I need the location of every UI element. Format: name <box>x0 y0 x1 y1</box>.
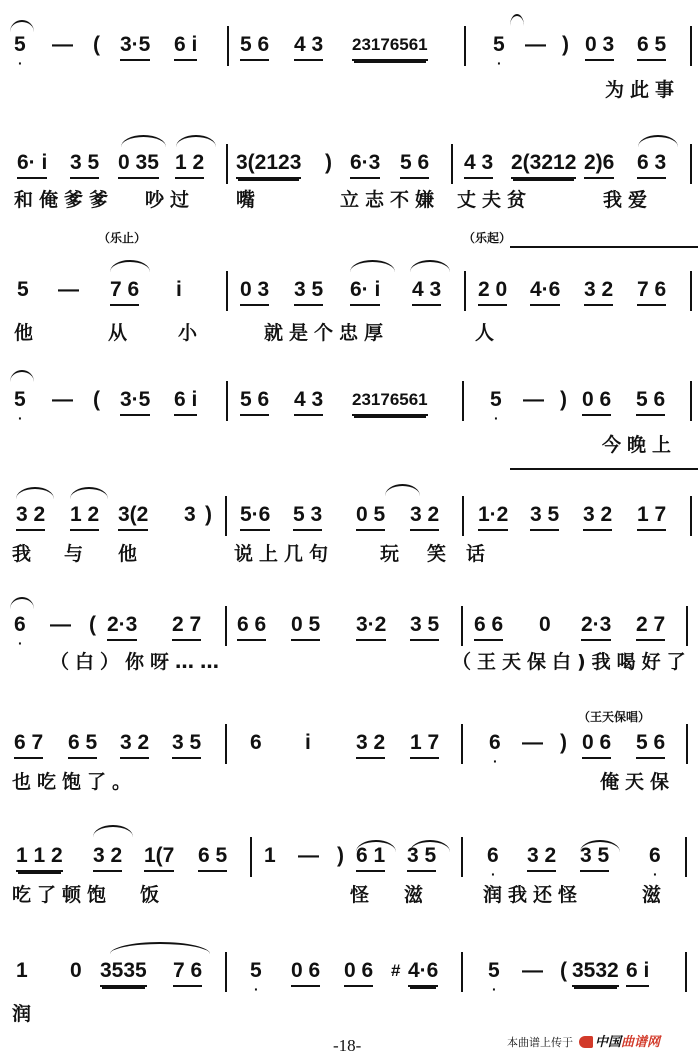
barline <box>225 496 227 536</box>
lyric-text: 玩 <box>380 542 405 566</box>
dash-sustain: — <box>52 32 73 58</box>
barline <box>686 724 688 764</box>
note-group: 3(2 <box>118 502 148 531</box>
watermark: 本曲谱上传于中国曲谱网 <box>507 1031 660 1050</box>
note-group: 4·6 <box>408 958 438 987</box>
note-group: 0 6 <box>582 730 611 759</box>
low-octave-dot-icon: · <box>492 976 497 1002</box>
note-group: 3 2 <box>93 843 122 872</box>
note-group: 1 2 <box>175 150 204 179</box>
parenthesis: ) <box>325 150 332 176</box>
lyric-text: 今晚上 <box>602 433 677 457</box>
note-group: 1(7 <box>144 843 174 872</box>
note-group: 3 2 <box>584 277 613 306</box>
barline <box>461 837 463 877</box>
performance-annotation: （王天保唱） <box>578 710 650 724</box>
note-group: 0 5 <box>356 502 385 531</box>
dash-sustain: — <box>525 32 546 58</box>
note-group: 0 6 <box>582 387 611 416</box>
note-group: 1 2 <box>70 502 99 531</box>
lyric-text: 他 <box>14 321 39 345</box>
barline <box>226 271 228 311</box>
lyric-text: 说上几句 <box>234 542 334 566</box>
lyric-text: 和俺爹爹 <box>14 188 114 212</box>
barline <box>250 837 252 877</box>
note-group: 3·2 <box>356 612 386 641</box>
slur-arc <box>510 14 524 26</box>
slur-arc <box>93 825 133 837</box>
watermark-prefix: 本曲谱上传于 <box>507 1036 573 1049</box>
low-octave-dot-icon: · <box>497 50 502 76</box>
lyric-text: 俺天保 <box>600 770 675 794</box>
note-group: 4 3 <box>412 277 441 306</box>
lyric-text: 吃了顿饱 <box>12 883 112 907</box>
slur-arc <box>176 135 216 147</box>
dash-sustain: — <box>522 958 543 984</box>
note-group: 3 5 <box>530 502 559 531</box>
note-group: 3·5 <box>120 387 150 416</box>
note-group: 0 <box>539 612 551 638</box>
performance-annotation: （乐止） <box>98 231 146 245</box>
slur-arc <box>356 840 396 852</box>
slur-arc <box>410 840 450 852</box>
barline <box>461 724 463 764</box>
note-group: 0 3 <box>585 32 614 61</box>
extended-slur-line <box>510 468 698 470</box>
note-group: 7 6 <box>173 958 202 987</box>
barline <box>462 496 464 536</box>
note-group: 3 2 <box>583 502 612 531</box>
lyric-text: 滋 <box>404 883 429 907</box>
note-group: 0 35 <box>118 150 159 179</box>
note-group: 0 3 <box>240 277 269 306</box>
slur-arc <box>410 260 450 272</box>
note-group: 6·3 <box>350 150 380 179</box>
note-group: i <box>176 277 182 303</box>
lyric-text: 吵过 <box>145 188 195 212</box>
slur-arc <box>16 487 54 499</box>
note-group: 6 5 <box>68 730 97 759</box>
note-group: 3(2123 <box>236 150 301 179</box>
parenthesis: ) <box>560 387 567 413</box>
note-group: 0 5 <box>291 612 320 641</box>
note-group: 3 2 <box>410 502 439 531</box>
note-group: 5 6 <box>636 730 665 759</box>
note-group: 1·2 <box>478 502 508 531</box>
dash-sustain: — <box>298 843 319 869</box>
parenthesis: ( <box>560 958 567 984</box>
note-group: 6 7 <box>14 730 43 759</box>
low-octave-dot-icon: · <box>18 405 23 431</box>
note-group: 5 6 <box>240 387 269 416</box>
note-group: 0 6 <box>344 958 373 987</box>
performance-annotation: （乐起） <box>463 231 511 245</box>
note-group: 0 <box>70 958 82 984</box>
lyric-text: 我 <box>12 542 37 566</box>
lyric-text: 小 <box>178 321 203 345</box>
slur-arc <box>350 260 395 272</box>
barline <box>461 952 463 992</box>
note-group: 3·5 <box>120 32 150 61</box>
note-group: 1 <box>16 958 28 984</box>
note-group: 2·3 <box>107 612 137 641</box>
note-group: 5·6 <box>240 502 270 531</box>
note-group: 6 i <box>174 387 197 416</box>
note-group: 5 6 <box>240 32 269 61</box>
parenthesis: ) <box>560 730 567 756</box>
note-group: 4·6 <box>530 277 560 306</box>
low-octave-dot-icon: · <box>493 748 498 774</box>
lyric-text: 笑 <box>427 542 452 566</box>
note-group: 5 3 <box>293 502 322 531</box>
lyric-text: 也吃饱了。 <box>12 770 137 794</box>
barline <box>227 26 229 66</box>
dash-sustain: — <box>50 612 71 638</box>
low-octave-dot-icon: · <box>254 976 259 1002</box>
note-group: 3 5 <box>294 277 323 306</box>
note-group: 2)6 <box>584 150 614 179</box>
note-group: 5 <box>17 277 29 303</box>
sharp-icon: # <box>391 958 400 984</box>
lyric-text: 与 <box>64 542 89 566</box>
barline <box>686 606 688 646</box>
slur-arc <box>580 840 620 852</box>
note-group: 1 1 2 <box>16 843 63 872</box>
note-group: 0 6 <box>291 958 320 987</box>
note-group: 4 3 <box>294 387 323 416</box>
lyric-text: 人 <box>475 321 500 345</box>
barline <box>690 144 692 184</box>
note-group: 3 2 <box>16 502 45 531</box>
lyric-text: 丈夫贫 <box>457 188 532 212</box>
note-group: 3 2 <box>527 843 556 872</box>
barline <box>685 837 687 877</box>
lyric-text: 立志不嫌 <box>340 188 440 212</box>
page-number: -18- <box>333 1036 361 1055</box>
note-group: 23176561 <box>352 387 428 416</box>
slur-arc <box>10 370 34 382</box>
slur-arc <box>385 484 420 496</box>
note-group: 2 0 <box>478 277 507 306</box>
slur-arc <box>638 135 678 147</box>
lyric-text: 嘴 <box>236 188 261 212</box>
barline <box>462 381 464 421</box>
barline <box>464 271 466 311</box>
note-group: 6 6 <box>474 612 503 641</box>
lyric-text: 我爱 <box>603 188 653 212</box>
barline <box>690 26 692 66</box>
note-group: 7 6 <box>110 277 139 306</box>
note-group: 1 7 <box>410 730 439 759</box>
lyric-text: 润 <box>12 1002 37 1026</box>
barline <box>461 606 463 646</box>
lyric-text: 话 <box>466 542 491 566</box>
note-group: 2·3 <box>581 612 611 641</box>
dash-sustain: — <box>522 730 543 756</box>
note-group: 3 5 <box>410 612 439 641</box>
barline <box>690 271 692 311</box>
dash-sustain: — <box>52 387 73 413</box>
note-group: 6· i <box>350 277 380 306</box>
dash-sustain: — <box>58 277 79 303</box>
slur-arc <box>110 260 150 272</box>
barline <box>225 724 227 764</box>
site-logo-icon <box>579 1036 593 1048</box>
note-group: 6 5 <box>198 843 227 872</box>
note-group: 3535 <box>100 958 147 987</box>
note-group: 3 2 <box>356 730 385 759</box>
lyric-text: 他 <box>118 542 143 566</box>
parenthesis: ( <box>89 612 96 638</box>
note-group: 2 7 <box>636 612 665 641</box>
lyric-text: 就是个忠厚 <box>264 321 389 345</box>
barline <box>690 496 692 536</box>
note-group: 3532 <box>572 958 619 987</box>
parenthesis: ( <box>93 387 100 413</box>
note-group: 5 6 <box>636 387 665 416</box>
note-group: 4 3 <box>294 32 323 61</box>
note-group: 23176561 <box>352 32 428 61</box>
note-group: i <box>305 730 311 756</box>
note-group: 2(3212 <box>511 150 576 179</box>
note-group: 6 3 <box>637 150 666 179</box>
barline <box>225 952 227 992</box>
lyric-text: 怪 <box>350 883 375 907</box>
note-group: 6 i <box>626 958 649 987</box>
lyric-text: 为此事 <box>605 78 680 102</box>
watermark-brand: 中国曲谱网 <box>595 1035 660 1050</box>
note-group: 3 5 <box>70 150 99 179</box>
parenthesis: ) <box>562 32 569 58</box>
lyric-text: 润我还怪 <box>483 883 583 907</box>
barline <box>226 144 228 184</box>
slur-arc <box>10 20 34 32</box>
note-group: 3 <box>184 502 196 528</box>
barline <box>226 381 228 421</box>
barline <box>685 952 687 992</box>
note-group: 6· i <box>17 150 47 179</box>
lyric-text: 饭 <box>140 883 165 907</box>
parenthesis: ) <box>337 843 344 869</box>
note-group: 6 6 <box>237 612 266 641</box>
slur-arc <box>110 942 210 954</box>
slur-arc <box>70 487 108 499</box>
note-group: 3 5 <box>172 730 201 759</box>
dash-sustain: — <box>523 387 544 413</box>
low-octave-dot-icon: · <box>18 630 23 656</box>
barline <box>225 606 227 646</box>
barline <box>464 26 466 66</box>
slur-arc <box>10 597 34 609</box>
note-group: 3 2 <box>120 730 149 759</box>
parenthesis: ( <box>93 32 100 58</box>
low-octave-dot-icon: · <box>18 50 23 76</box>
note-group: 7 6 <box>637 277 666 306</box>
barline <box>451 144 453 184</box>
lyric-text: 从 <box>108 321 133 345</box>
note-group: 4 3 <box>464 150 493 179</box>
note-group: 1 7 <box>637 502 666 531</box>
note-group: 2 7 <box>172 612 201 641</box>
low-octave-dot-icon: · <box>494 405 499 431</box>
slur-arc <box>121 135 166 147</box>
lyric-text: （白）你呀…… <box>50 650 225 674</box>
note-group: 6 5 <box>637 32 666 61</box>
note-group: 6 <box>250 730 262 756</box>
note-group: 1 <box>264 843 276 869</box>
lyric-text: （王天保白)我喝好了 <box>452 650 692 674</box>
note-group: 5 6 <box>400 150 429 179</box>
lyric-text: 滋 <box>642 883 667 907</box>
note-group: 6 i <box>174 32 197 61</box>
barline <box>690 381 692 421</box>
parenthesis: ) <box>205 502 212 528</box>
extended-slur-line <box>510 246 698 248</box>
